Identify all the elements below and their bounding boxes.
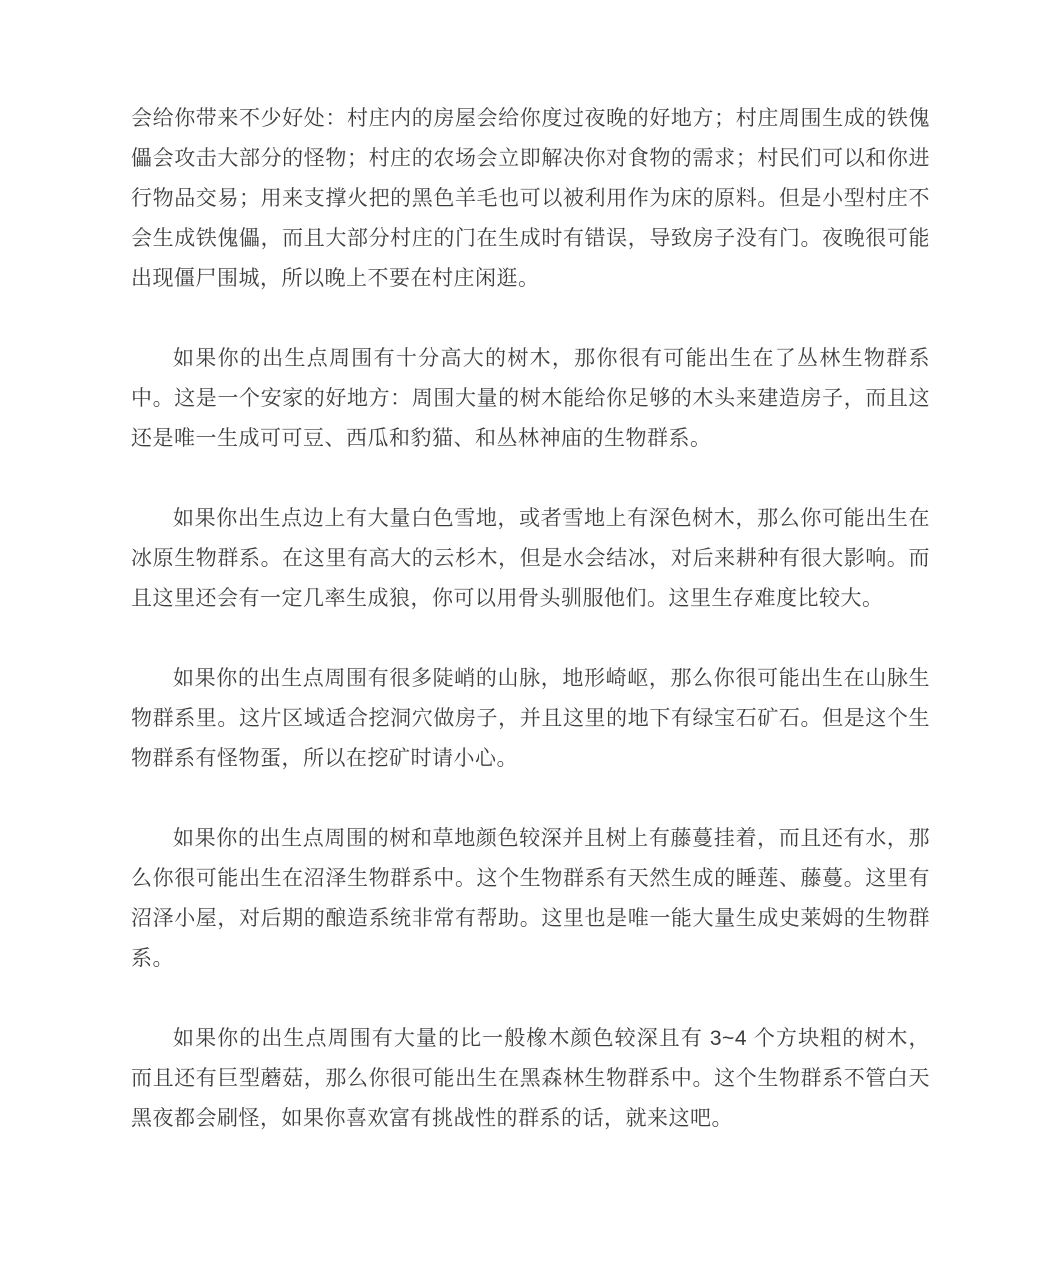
document-text-block: 会给你带来不少好处：村庄内的房屋会给你度过夜晚的好地方；村庄周围生成的铁傀儡会攻… — [131, 99, 930, 1179]
paragraph-jungle-biome: 如果你的出生点周围有十分高大的树木，那你很有可能出生在了丛林生物群系中。这是一个… — [131, 339, 930, 459]
paragraph-village-continuation: 会给你带来不少好处：村庄内的房屋会给你度过夜晚的好地方；村庄周围生成的铁傀儡会攻… — [131, 99, 930, 299]
paragraph-dark-forest-biome: 如果你的出生点周围有大量的比一般橡木颜色较深且有 3~4 个方块粗的树木，而且还… — [131, 1019, 930, 1139]
document-page: 会给你带来不少好处：村庄内的房屋会给你度过夜晚的好地方；村庄周围生成的铁傀儡会攻… — [0, 0, 1063, 1262]
paragraph-swamp-biome: 如果你的出生点周围的树和草地颜色较深并且树上有藤蔓挂着，而且还有水，那么你很可能… — [131, 819, 930, 979]
paragraph-mountain-biome: 如果你的出生点周围有很多陡峭的山脉，地形崎岖，那么你很可能出生在山脉生物群系里。… — [131, 659, 930, 779]
paragraph-ice-plains-biome: 如果你出生点边上有大量白色雪地，或者雪地上有深色树木，那么你可能出生在冰原生物群… — [131, 499, 930, 619]
